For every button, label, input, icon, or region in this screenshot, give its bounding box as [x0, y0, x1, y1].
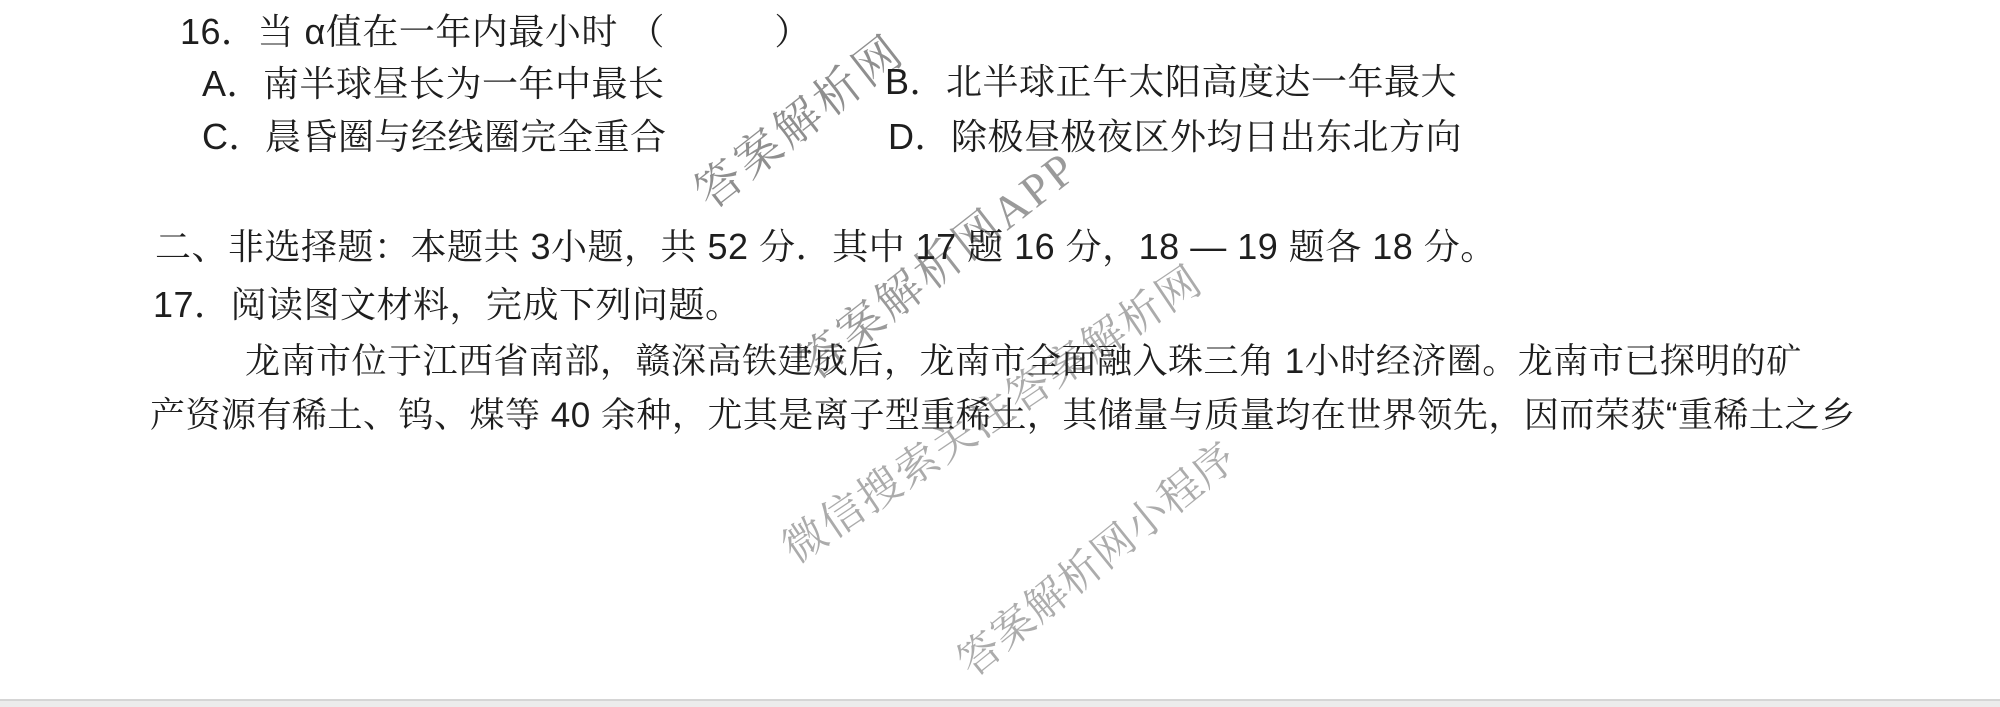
- question-16-option-a: A．南半球昼长为一年中最长: [202, 66, 665, 102]
- question-17-material-line-1: 龙南市位于江西省南部，赣深高铁建成后，龙南市全面融入珠三角 1小时经济圈。龙南市…: [245, 344, 1802, 379]
- question-16-option-c: C．晨昏圈与经线圈完全重合: [202, 119, 667, 155]
- question-17-material-line-2: 产资源有稀土、钨、煤等 40 余种，尤其是离子型重稀土，其储量与质量均在世界领先…: [150, 398, 1856, 433]
- watermark-mini-program: 答案解析网小程序: [951, 435, 1245, 684]
- question-16-option-b: B．北半球正午太阳高度达一年最大: [885, 64, 1457, 100]
- exam-paper-page: 答案解析网 答案解析网APP 微信搜索关注答案解析网 答案解析网小程序 16．当…: [0, 0, 2000, 707]
- question-17-stem: 17．阅读图文材料，完成下列问题。: [153, 287, 742, 323]
- section-2-header: 二、非选择题：本题共 3小题，共 52 分．其中 17 题 16 分，18 — …: [155, 229, 1497, 265]
- bottom-scrollbar-track[interactable]: [0, 699, 2000, 707]
- question-16-option-d: D．除极昼极夜区外均日出东北方向: [888, 119, 1462, 155]
- watermark-site-name: 答案解析网: [687, 27, 912, 217]
- question-16-stem: 16．当 α值在一年内最小时 （ ）: [180, 14, 811, 50]
